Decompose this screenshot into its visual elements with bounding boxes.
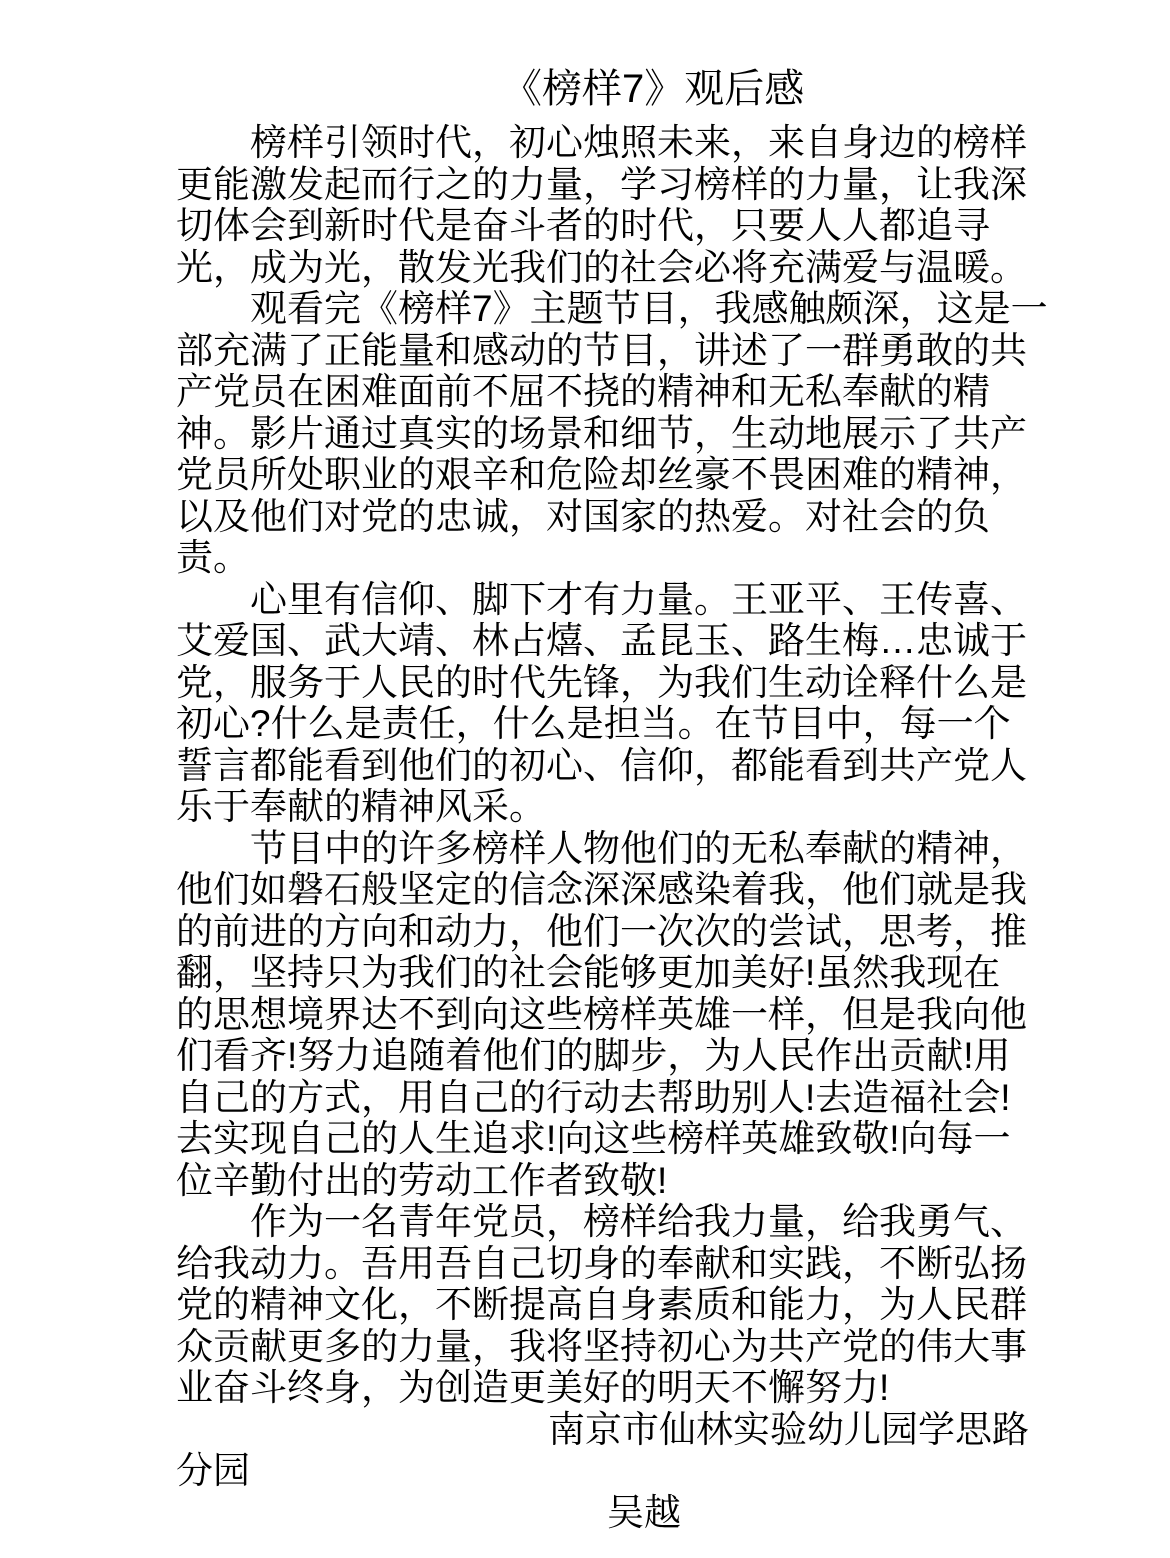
text-line: 心里有信仰、脚下才有力量。王亚平、王传喜、 [176,579,1076,621]
text-line: 誓言都能看到他们的初心、信仰，都能看到共产党人 [176,745,1076,787]
text-line: 的思想境界达不到向这些榜样英雄一样，但是我向他 [176,994,1076,1036]
text-line: 部充满了正能量和感动的节目，讲述了一群勇敢的共 [176,330,1076,372]
text-line: 位辛勤付出的劳动工作者致敬! [176,1160,1076,1202]
paragraph: 榜样引领时代，初心烛照未来，来自身边的榜样 更能激发起而行之的力量，学习榜样的力… [176,122,1076,288]
signature-block: 南京市仙林实验幼儿园学思路 分园 吴越 [176,1409,1076,1534]
text-line: 给我动力。吾用吾自己切身的奉献和实践，不断弘扬 [176,1243,1076,1285]
text-line: 去实现自己的人生追求!向这些榜样英雄致敬!向每一 [176,1118,1076,1160]
text-line: 以及他们对党的忠诚，对国家的热爱。对社会的负 [176,496,1076,538]
text-line: 党，服务于人民的时代先锋，为我们生动诠释什么是 [176,662,1076,704]
text-line: 观看完《榜样7》主题节目，我感触颇深，这是一 [176,288,1076,330]
signature-org-line: 分园 [176,1450,1076,1492]
text-line: 产党员在困难面前不屈不挠的精神和无私奉献的精 [176,371,1076,413]
text-line: 更能激发起而行之的力量，学习榜样的力量，让我深 [176,164,1076,206]
document-body: 榜样引领时代，初心烛照未来，来自身边的榜样 更能激发起而行之的力量，学习榜样的力… [176,122,1076,1533]
text-line: 切体会到新时代是奋斗者的时代，只要人人都追寻 [176,205,1076,247]
text-line: 自己的方式，用自己的行动去帮助别人!去造福社会! [176,1077,1076,1119]
text-line: 神。影片通过真实的场景和细节，生动地展示了共产 [176,413,1076,455]
paragraph: 节目中的许多榜样人物他们的无私奉献的精神， 他们如磐石般坚定的信念深深感染着我，… [176,828,1076,1202]
text-line: 榜样引领时代，初心烛照未来，来自身边的榜样 [176,122,1076,164]
text-line: 作为一名青年党员，榜样给我力量，给我勇气、 [176,1201,1076,1243]
text-line: 乐于奉献的精神风采。 [176,786,1076,828]
document-content: 《榜样7》观后感 榜样引领时代，初心烛照未来，来自身边的榜样 更能激发起而行之的… [176,0,1076,1533]
text-line: 业奋斗终身，为创造更美好的明天不懈努力! [176,1367,1076,1409]
signature-author: 吴越 [176,1492,1076,1534]
text-line: 光，成为光，散发光我们的社会必将充满爱与温暖。 [176,247,1076,289]
paragraph: 心里有信仰、脚下才有力量。王亚平、王传喜、 艾爱国、武大靖、林占熺、孟昆玉、路生… [176,579,1076,828]
text-line: 艾爱国、武大靖、林占熺、孟昆玉、路生梅…忠诚于 [176,620,1076,662]
signature-org-line: 南京市仙林实验幼儿园学思路 [176,1409,1076,1451]
text-line: 党员所处职业的艰辛和危险却丝豪不畏困难的精神， [176,454,1076,496]
document-page: 《榜样7》观后感 榜样引领时代，初心烛照未来，来自身边的榜样 更能激发起而行之的… [0,0,1170,1558]
text-line: 们看齐!努力追随着他们的脚步，为人民作出贡献!用 [176,1035,1076,1077]
text-line: 翻，坚持只为我们的社会能够更加美好!虽然我现在 [176,952,1076,994]
text-line: 众贡献更多的力量，我将坚持初心为共产党的伟大事 [176,1326,1076,1368]
paragraph: 作为一名青年党员，榜样给我力量，给我勇气、 给我动力。吾用吾自己切身的奉献和实践… [176,1201,1076,1409]
text-line: 他们如磐石般坚定的信念深深感染着我，他们就是我 [176,869,1076,911]
text-line: 节目中的许多榜样人物他们的无私奉献的精神， [176,828,1076,870]
text-line: 初心?什么是责任，什么是担当。在节目中，每一个 [176,703,1076,745]
text-line: 责。 [176,537,1076,579]
text-line: 党的精神文化，不断提高自身素质和能力，为人民群 [176,1284,1076,1326]
paragraph: 观看完《榜样7》主题节目，我感触颇深，这是一 部充满了正能量和感动的节目，讲述了… [176,288,1076,579]
text-line: 的前进的方向和动力，他们一次次的尝试，思考，推 [176,911,1076,953]
document-title: 《榜样7》观后感 [176,0,1076,111]
